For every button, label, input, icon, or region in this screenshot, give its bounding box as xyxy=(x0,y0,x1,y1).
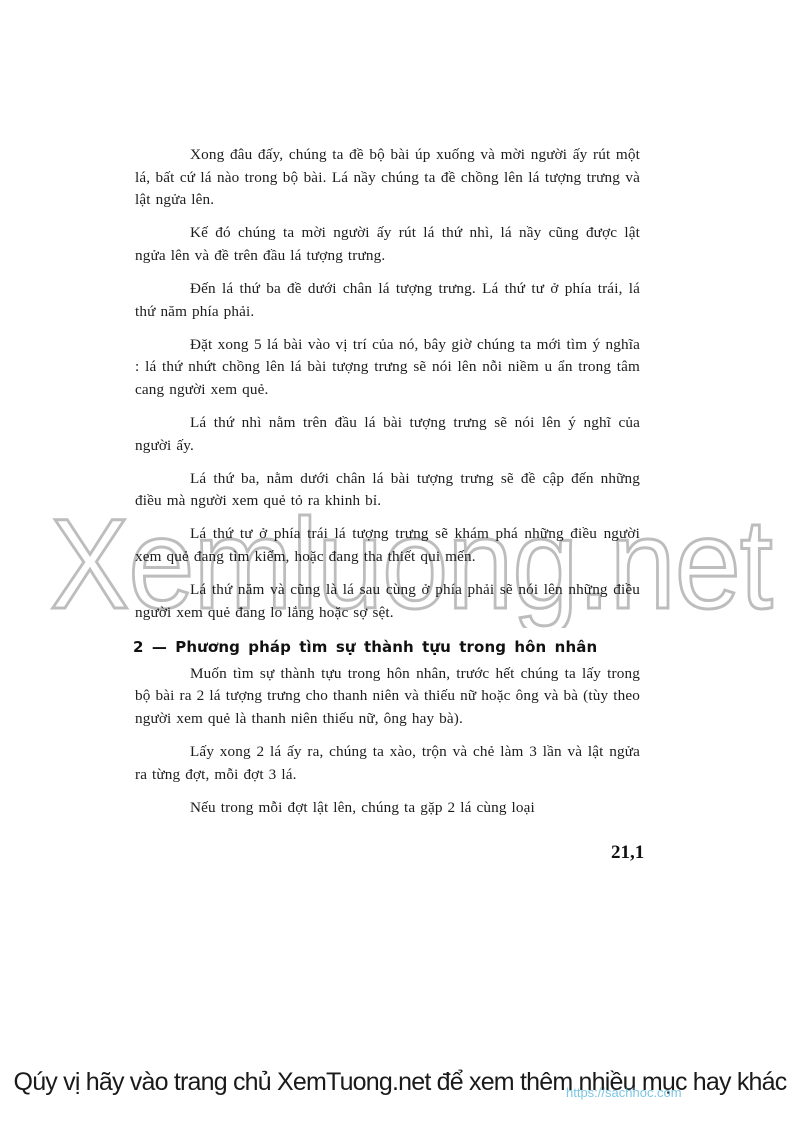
document-page: Xemluong.net Xong đâu đấy, chúng ta đề b… xyxy=(0,0,800,1132)
paragraph: Muốn tìm sự thành tựu trong hôn nhân, tr… xyxy=(135,663,640,731)
paragraph: Nếu trong mỗi đợt lật lên, chúng ta gặp … xyxy=(135,797,640,820)
paragraph: Kế đó chúng ta mời người ấy rút lá thứ n… xyxy=(135,222,640,267)
footer-prefix: Qúy vị hãy vào trang chủ xyxy=(14,1068,277,1096)
paragraph: Lá thứ nhì nằm trên đầu lá bài tượng trư… xyxy=(135,412,640,457)
paragraph: Lá thứ ba, nằm dưới chân lá bài tượng tr… xyxy=(135,468,640,513)
overlay-url-watermark: https://sachhoc.com xyxy=(566,1085,682,1100)
site-link[interactable]: XemTuong.net xyxy=(277,1068,430,1096)
paragraph: Lấy xong 2 lá ấy ra, chúng ta xào, trộn … xyxy=(135,741,640,786)
paragraph: Đặt xong 5 lá bài vào vị trí của nó, bây… xyxy=(135,334,640,402)
page-body: Xong đâu đấy, chúng ta đề bộ bài úp xuốn… xyxy=(135,144,640,830)
page-number: 21,1 xyxy=(611,842,644,864)
section-heading: 2 — Phương pháp tìm sự thành tựu trong h… xyxy=(133,635,640,659)
paragraph: Lá thứ tư ở phía trái lá tượng trưng sẽ … xyxy=(135,523,640,568)
paragraph: Lá thứ năm và cũng là lá sau cùng ở phía… xyxy=(135,579,640,624)
paragraph: Đến lá thứ ba đề dưới chân lá tượng trưn… xyxy=(135,278,640,323)
paragraph: Xong đâu đấy, chúng ta đề bộ bài úp xuốn… xyxy=(135,144,640,212)
